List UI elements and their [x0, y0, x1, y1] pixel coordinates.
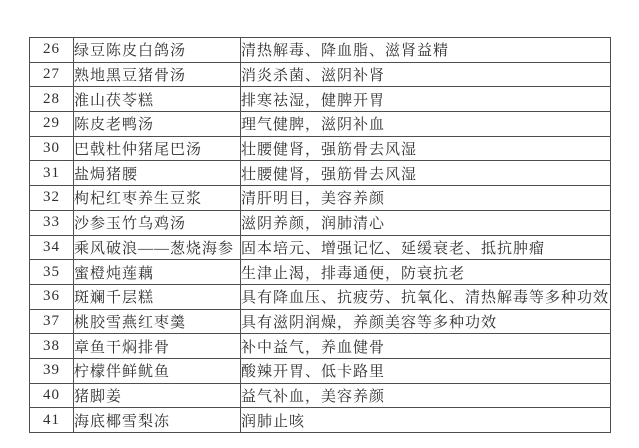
- table-row: 31 盐焗猪腰 壮腰健肾，强筋骨去风湿: [30, 161, 611, 186]
- table-row: 32 枸杞红枣养生豆浆 清肝明目，美容养颜: [30, 186, 611, 211]
- dish-effects-table: 26 绿豆陈皮白鸽汤 清热解毒、降血脂、滋肾益精 27 熟地黑豆猪骨汤 消炎杀菌…: [29, 37, 611, 433]
- table-row: 39 柠檬伴鲜鱿鱼 酸辣开胃、低卡路里: [30, 358, 611, 383]
- row-number-cell: 39: [30, 358, 74, 383]
- row-number-cell: 36: [30, 284, 74, 309]
- table-row: 38 章鱼干焖排骨 补中益气，养血健骨: [30, 334, 611, 359]
- dish-name-cell: 斑斓千层糕: [74, 284, 241, 309]
- dish-name-cell: 蜜橙炖莲藕: [74, 260, 241, 285]
- dish-name-cell: 陈皮老鸭汤: [74, 112, 241, 137]
- row-number-cell: 34: [30, 235, 74, 260]
- effect-cell: 益气补血，美容养颜: [241, 383, 611, 408]
- effect-cell: 滋阴养颜，润肺清心: [241, 210, 611, 235]
- row-number-cell: 33: [30, 210, 74, 235]
- dish-name-cell: 章鱼干焖排骨: [74, 334, 241, 359]
- dish-name-cell: 绿豆陈皮白鸽汤: [74, 38, 241, 63]
- table-row: 33 沙参玉竹乌鸡汤 滋阴养颜，润肺清心: [30, 210, 611, 235]
- table-row: 28 淮山茯苓糕 排寒祛湿，健脾开胃: [30, 87, 611, 112]
- row-number-cell: 32: [30, 186, 74, 211]
- effect-cell: 壮腰健肾，强筋骨去风湿: [241, 136, 611, 161]
- table-row: 36 斑斓千层糕 具有降血压、抗疲劳、抗氧化、清热解毒等多种功效: [30, 284, 611, 309]
- table-row: 40 猪脚姜 益气补血，美容养颜: [30, 383, 611, 408]
- dish-name-cell: 猪脚姜: [74, 383, 241, 408]
- dish-name-cell: 乘风破浪——葱烧海参: [74, 235, 241, 260]
- effect-cell: 补中益气，养血健骨: [241, 334, 611, 359]
- dish-name-cell: 海底椰雪梨冻: [74, 408, 241, 433]
- effect-cell: 消炎杀菌、滋阴补肾: [241, 62, 611, 87]
- effect-cell: 清热解毒、降血脂、滋肾益精: [241, 38, 611, 63]
- row-number-cell: 35: [30, 260, 74, 285]
- table-row: 41 海底椰雪梨冻 润肺止咳: [30, 408, 611, 433]
- table-row: 30 巴戟杜仲猪尾巴汤 壮腰健肾，强筋骨去风湿: [30, 136, 611, 161]
- effect-cell: 清肝明目，美容养颜: [241, 186, 611, 211]
- dish-name-cell: 枸杞红枣养生豆浆: [74, 186, 241, 211]
- effect-cell: 生津止渴，排毒通便，防衰抗老: [241, 260, 611, 285]
- effect-cell: 具有降血压、抗疲劳、抗氧化、清热解毒等多种功效: [241, 284, 611, 309]
- dish-name-cell: 桃胶雪燕红枣羹: [74, 309, 241, 334]
- dish-name-cell: 淮山茯苓糕: [74, 87, 241, 112]
- dish-name-cell: 沙参玉竹乌鸡汤: [74, 210, 241, 235]
- row-number-cell: 37: [30, 309, 74, 334]
- document-page: 26 绿豆陈皮白鸽汤 清热解毒、降血脂、滋肾益精 27 熟地黑豆猪骨汤 消炎杀菌…: [0, 0, 639, 448]
- row-number-cell: 26: [30, 38, 74, 63]
- table-row: 26 绿豆陈皮白鸽汤 清热解毒、降血脂、滋肾益精: [30, 38, 611, 63]
- table-row: 34 乘风破浪——葱烧海参 固本培元、增强记忆、延缓衰老、抵抗肿瘤: [30, 235, 611, 260]
- dish-effects-table-body: 26 绿豆陈皮白鸽汤 清热解毒、降血脂、滋肾益精 27 熟地黑豆猪骨汤 消炎杀菌…: [30, 38, 611, 433]
- table-row: 37 桃胶雪燕红枣羹 具有滋阴润燥，养颜美容等多种功效: [30, 309, 611, 334]
- row-number-cell: 40: [30, 383, 74, 408]
- row-number-cell: 38: [30, 334, 74, 359]
- dish-name-cell: 盐焗猪腰: [74, 161, 241, 186]
- effect-cell: 固本培元、增强记忆、延缓衰老、抵抗肿瘤: [241, 235, 611, 260]
- dish-name-cell: 柠檬伴鲜鱿鱼: [74, 358, 241, 383]
- table-row: 27 熟地黑豆猪骨汤 消炎杀菌、滋阴补肾: [30, 62, 611, 87]
- row-number-cell: 29: [30, 112, 74, 137]
- table-row: 29 陈皮老鸭汤 理气健脾，滋阴补血: [30, 112, 611, 137]
- dish-name-cell: 熟地黑豆猪骨汤: [74, 62, 241, 87]
- row-number-cell: 30: [30, 136, 74, 161]
- table-row: 35 蜜橙炖莲藕 生津止渴，排毒通便，防衰抗老: [30, 260, 611, 285]
- effect-cell: 排寒祛湿，健脾开胃: [241, 87, 611, 112]
- effect-cell: 具有滋阴润燥，养颜美容等多种功效: [241, 309, 611, 334]
- dish-name-cell: 巴戟杜仲猪尾巴汤: [74, 136, 241, 161]
- effect-cell: 壮腰健肾，强筋骨去风湿: [241, 161, 611, 186]
- row-number-cell: 28: [30, 87, 74, 112]
- row-number-cell: 27: [30, 62, 74, 87]
- effect-cell: 润肺止咳: [241, 408, 611, 433]
- row-number-cell: 31: [30, 161, 74, 186]
- effect-cell: 酸辣开胃、低卡路里: [241, 358, 611, 383]
- row-number-cell: 41: [30, 408, 74, 433]
- effect-cell: 理气健脾，滋阴补血: [241, 112, 611, 137]
